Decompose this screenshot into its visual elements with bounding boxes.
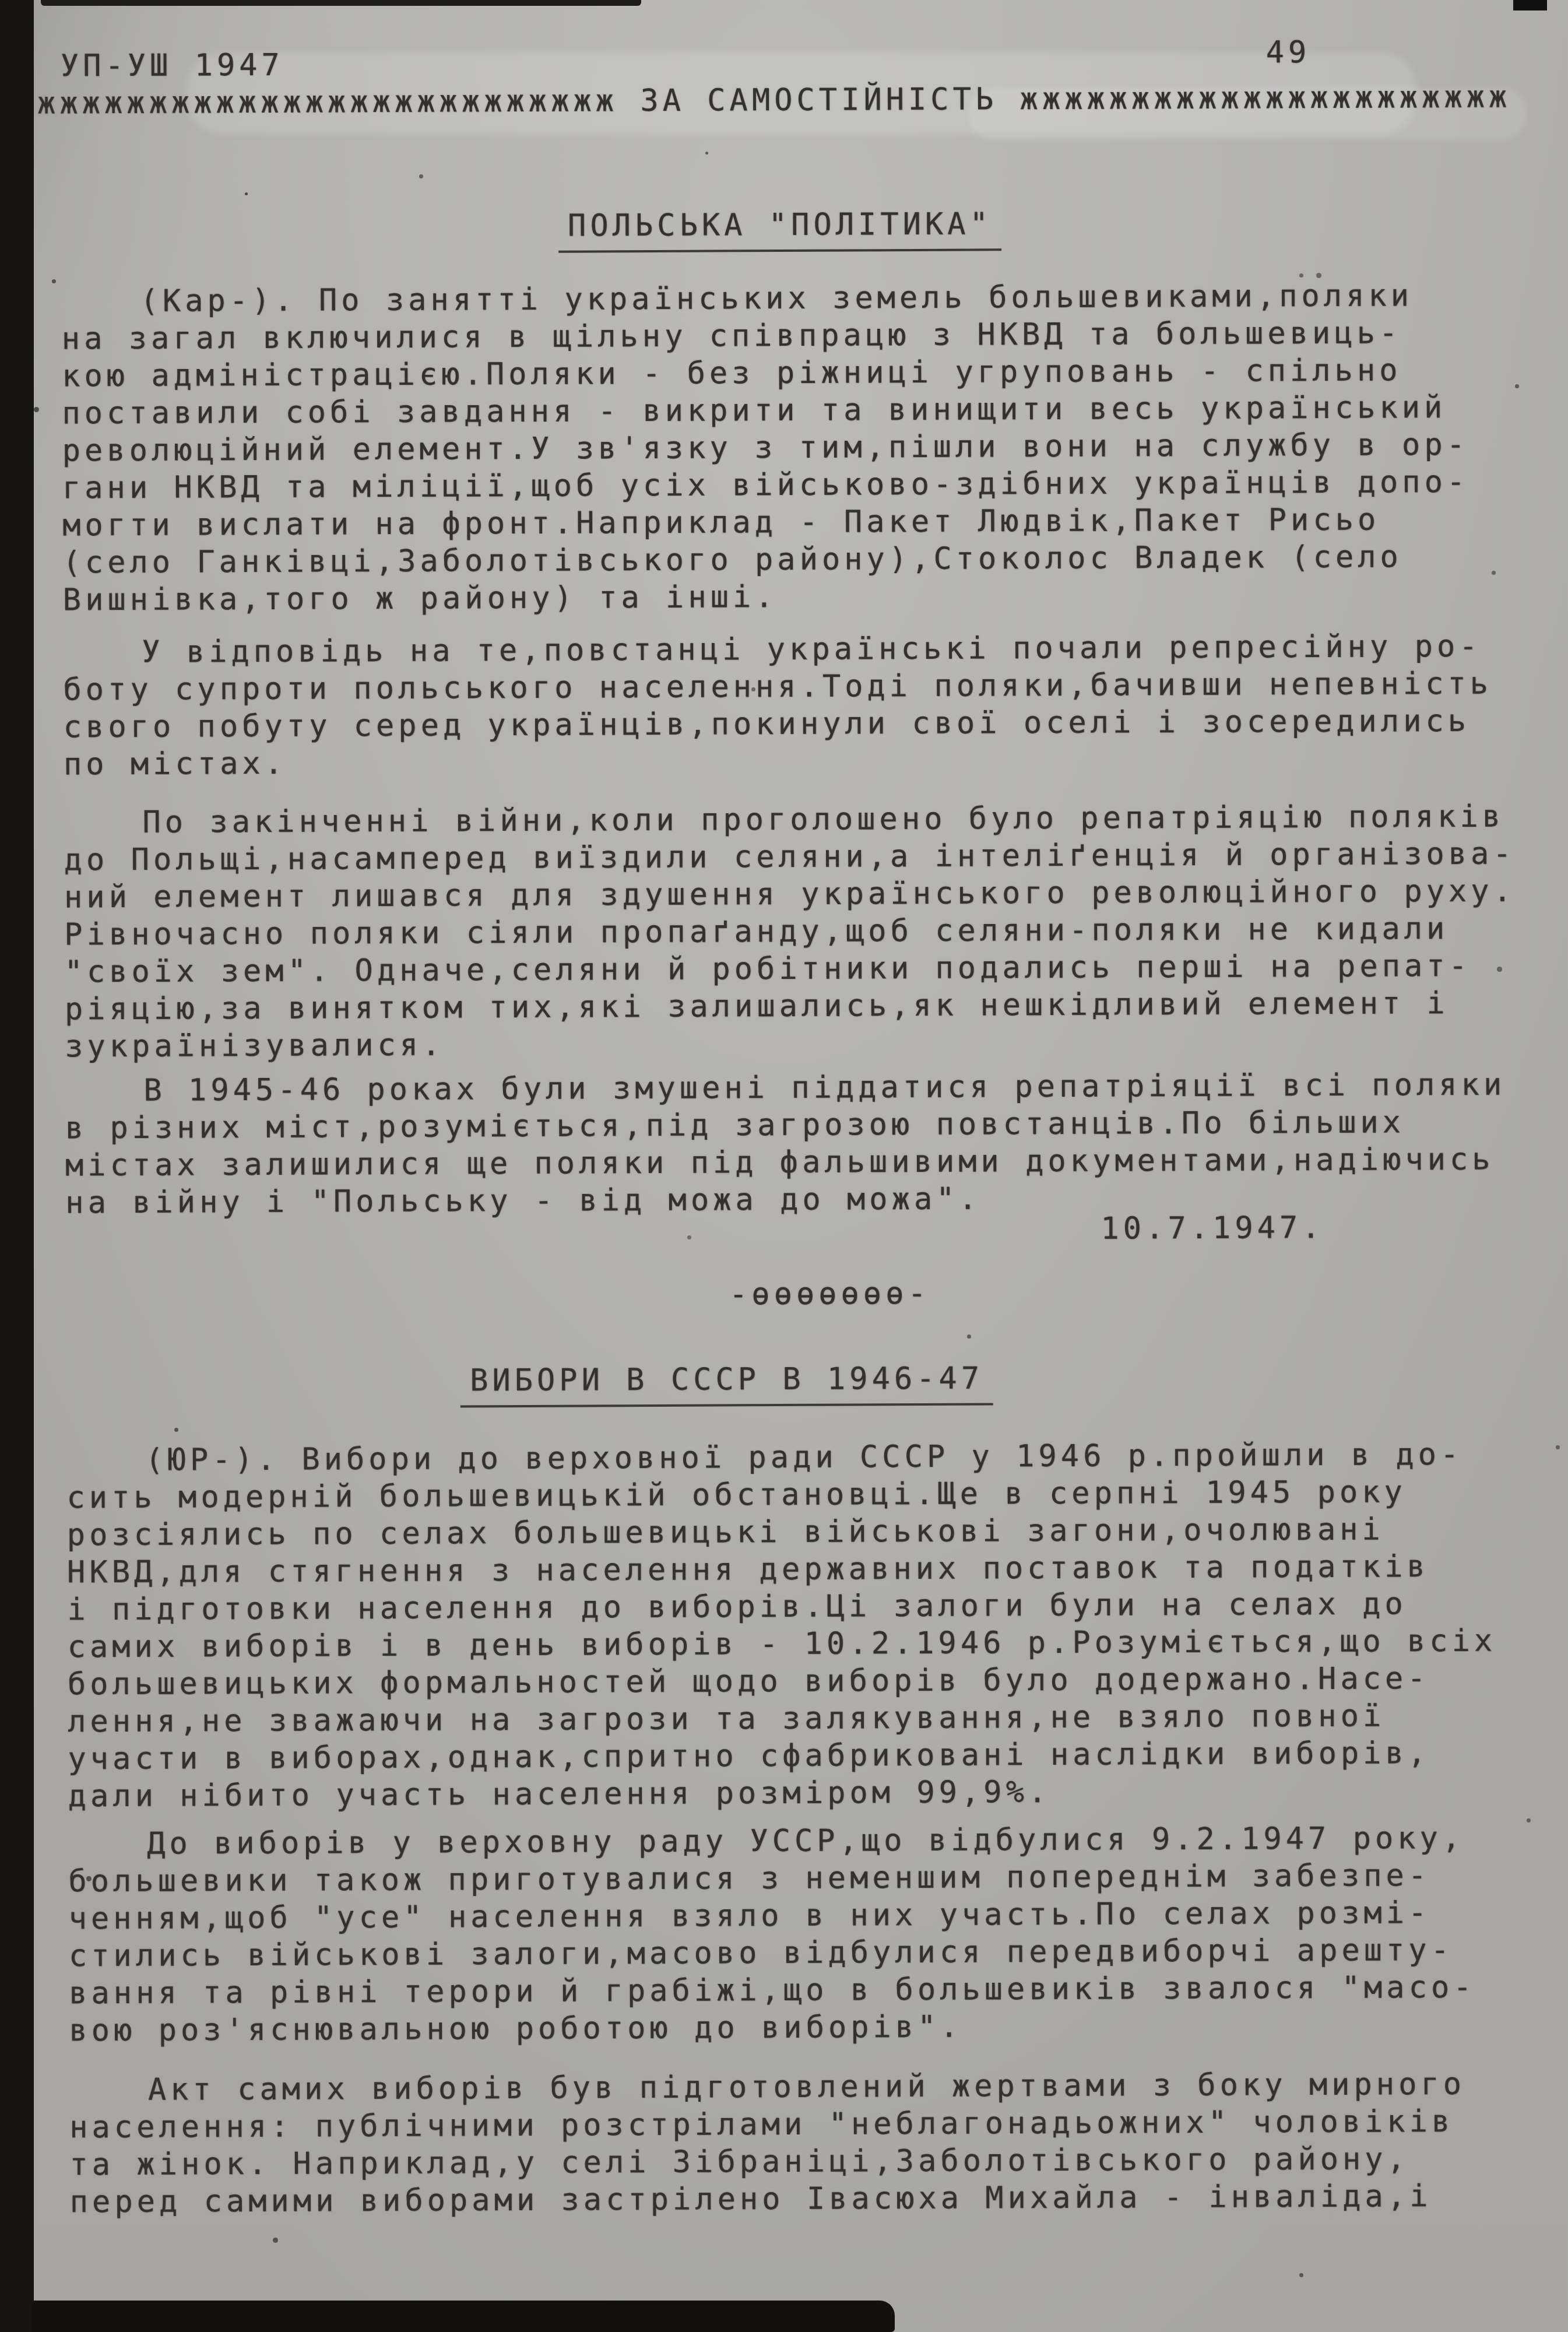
- text-line: (ЮР-). Вибори до верховної ради СССР у 1…: [66, 1436, 1496, 1480]
- article1-paragraph-3: По закінченні війни,коли проголошено бул…: [64, 798, 1516, 1066]
- text-line: В 1945-46 роках були змушені піддатися р…: [65, 1066, 1506, 1110]
- text-line: кою адміністрацією.Поляки - без ріжниці …: [62, 352, 1469, 395]
- text-line: вання та рівні терори й грабіжі,що в бол…: [69, 1969, 1476, 2013]
- article2-title: ВИБОРИ В СССР В 1946-47: [460, 1361, 993, 1407]
- text-line: По закінченні війни,коли проголошено бул…: [64, 798, 1515, 842]
- page-content: УП-УШ 1947 49 жжжжжжжжжжжжжжжжжжжжжжжжжж…: [0, 0, 1568, 2332]
- text-line: свого побуту серед українців,покинули св…: [64, 703, 1493, 746]
- text-line: самих виборів і в день виборів - 10.2.19…: [67, 1622, 1496, 1666]
- scan-edge-bottom: [32, 2301, 895, 2332]
- text-line: участи в виборах,однак,спритно сфабриков…: [68, 1734, 1497, 1778]
- masthead-title: жжжжжжжжжжжжжжжжжжжжжжжжжж ЗА САМОСТІЙНІ…: [37, 80, 1511, 121]
- article1-paragraph-4: В 1945-46 роках були змушені піддатися р…: [65, 1066, 1506, 1222]
- text-line: до Польщі,насамперед виїздили селяни,а і…: [64, 835, 1516, 879]
- text-line: боту супроти польського населення.Тоді п…: [63, 665, 1492, 709]
- text-line: большевицьких формальностей щодо виборів…: [68, 1660, 1497, 1704]
- text-line: в різних міст,розуміється,під загрозою п…: [65, 1104, 1506, 1147]
- text-line: на загал включилися в щільну співпрацю з…: [62, 314, 1469, 358]
- scan-edge-left: [0, 0, 34, 2332]
- scan-corner-mark: [1513, 0, 1547, 10]
- text-line: і підготовки населення до виборів.Ці зал…: [67, 1585, 1496, 1629]
- text-line: та жінок. Наприклад,у селі Зібраніці,Заб…: [69, 2140, 1465, 2183]
- text-line: "своїх зем". Одначе,селяни й робітники п…: [64, 947, 1516, 991]
- article2-paragraph-2: До виборів у верховну раду УССР,що відбу…: [68, 1820, 1476, 2050]
- text-line: сить модерній большевицькій обстановці.Щ…: [66, 1473, 1496, 1517]
- text-line: населення: публічними розстрілами "небла…: [69, 2103, 1465, 2146]
- text-line: Акт самих виборів був підготовлений жерт…: [69, 2066, 1465, 2109]
- text-line: зукраїнізувалися.: [65, 1022, 1516, 1066]
- article1-dateline: 10.7.1947.: [1101, 1210, 1324, 1246]
- text-line: вою роз'яснювальною роботою до виборів".: [69, 2006, 1476, 2050]
- article2-paragraph-1: (ЮР-). Вибори до верховної ради СССР у 1…: [66, 1436, 1497, 1815]
- article1-paragraph-1: (Кар-). По занятті українських земель бо…: [61, 277, 1469, 619]
- text-line: У відповідь на те,повстанці українські п…: [63, 628, 1492, 672]
- section-divider: -өөөөөөө-: [729, 1276, 930, 1312]
- text-line: по містах.: [64, 740, 1493, 784]
- scanned-document-page: УП-УШ 1947 49 жжжжжжжжжжжжжжжжжжжжжжжжжж…: [0, 0, 1568, 2332]
- article2-title-row: ВИБОРИ В СССР В 1946-47: [1, 1358, 1568, 1410]
- text-line: ченням,щоб "усе" населення взяло в них у…: [68, 1894, 1475, 1938]
- text-line: гани НКВД та міліції,щоб усіх військово-…: [62, 463, 1469, 507]
- text-line: стились військові залоги,масово відбулис…: [69, 1931, 1476, 1975]
- article2-paragraph-3: Акт самих виборів був підготовлений жерт…: [69, 2066, 1466, 2221]
- text-line: містах залишилися ще поляки під фальшиви…: [65, 1141, 1506, 1185]
- text-line: Рівночасно поляки сіяли пропаґанду,щоб с…: [64, 910, 1516, 954]
- text-line: дали нібито участь населення розміром 99…: [68, 1772, 1497, 1815]
- text-line: розсіялись по селах большевицькі військо…: [67, 1511, 1496, 1554]
- text-line: ріяцію,за винятком тих,які залишались,як…: [65, 985, 1516, 1028]
- text-line: НКВД,для стягнення з населення державних…: [67, 1548, 1496, 1592]
- page-number: 49: [1266, 35, 1311, 70]
- article1-title: ПОЛЬСЬКА "ПОЛІТИКА": [558, 206, 1001, 252]
- text-line: революційний елемент.У зв'язку з тим,піш…: [62, 426, 1469, 470]
- text-line: могти вислати на фронт.Наприклад - Пакет…: [62, 501, 1469, 545]
- text-line: лення,не зважаючи на загрози та залякува…: [68, 1697, 1497, 1741]
- scan-edge-top: [41, 0, 641, 6]
- text-line: ний елемент лишався для здушення українс…: [64, 873, 1516, 916]
- text-line: (Кар-). По занятті українських земель бо…: [61, 277, 1468, 321]
- article1-title-row: ПОЛЬСЬКА "ПОЛІТИКА": [0, 204, 1564, 255]
- text-line: До виборів у верховну раду УССР,що відбу…: [68, 1820, 1475, 1863]
- text-line: большевики також приготувалися з неменши…: [68, 1857, 1475, 1901]
- article1-paragraph-2: У відповідь на те,повстанці українські п…: [63, 628, 1493, 784]
- text-line: перед самими виборами застрілено Івасюха…: [70, 2178, 1466, 2221]
- text-line: Вишнівка,того ж району) та інші.: [63, 575, 1470, 619]
- text-line: (село Ганківці,Заболотівського району),С…: [62, 538, 1469, 582]
- issue-label: УП-УШ 1947: [61, 48, 284, 84]
- text-line: поставили собі завдання - викрити та вин…: [62, 389, 1469, 433]
